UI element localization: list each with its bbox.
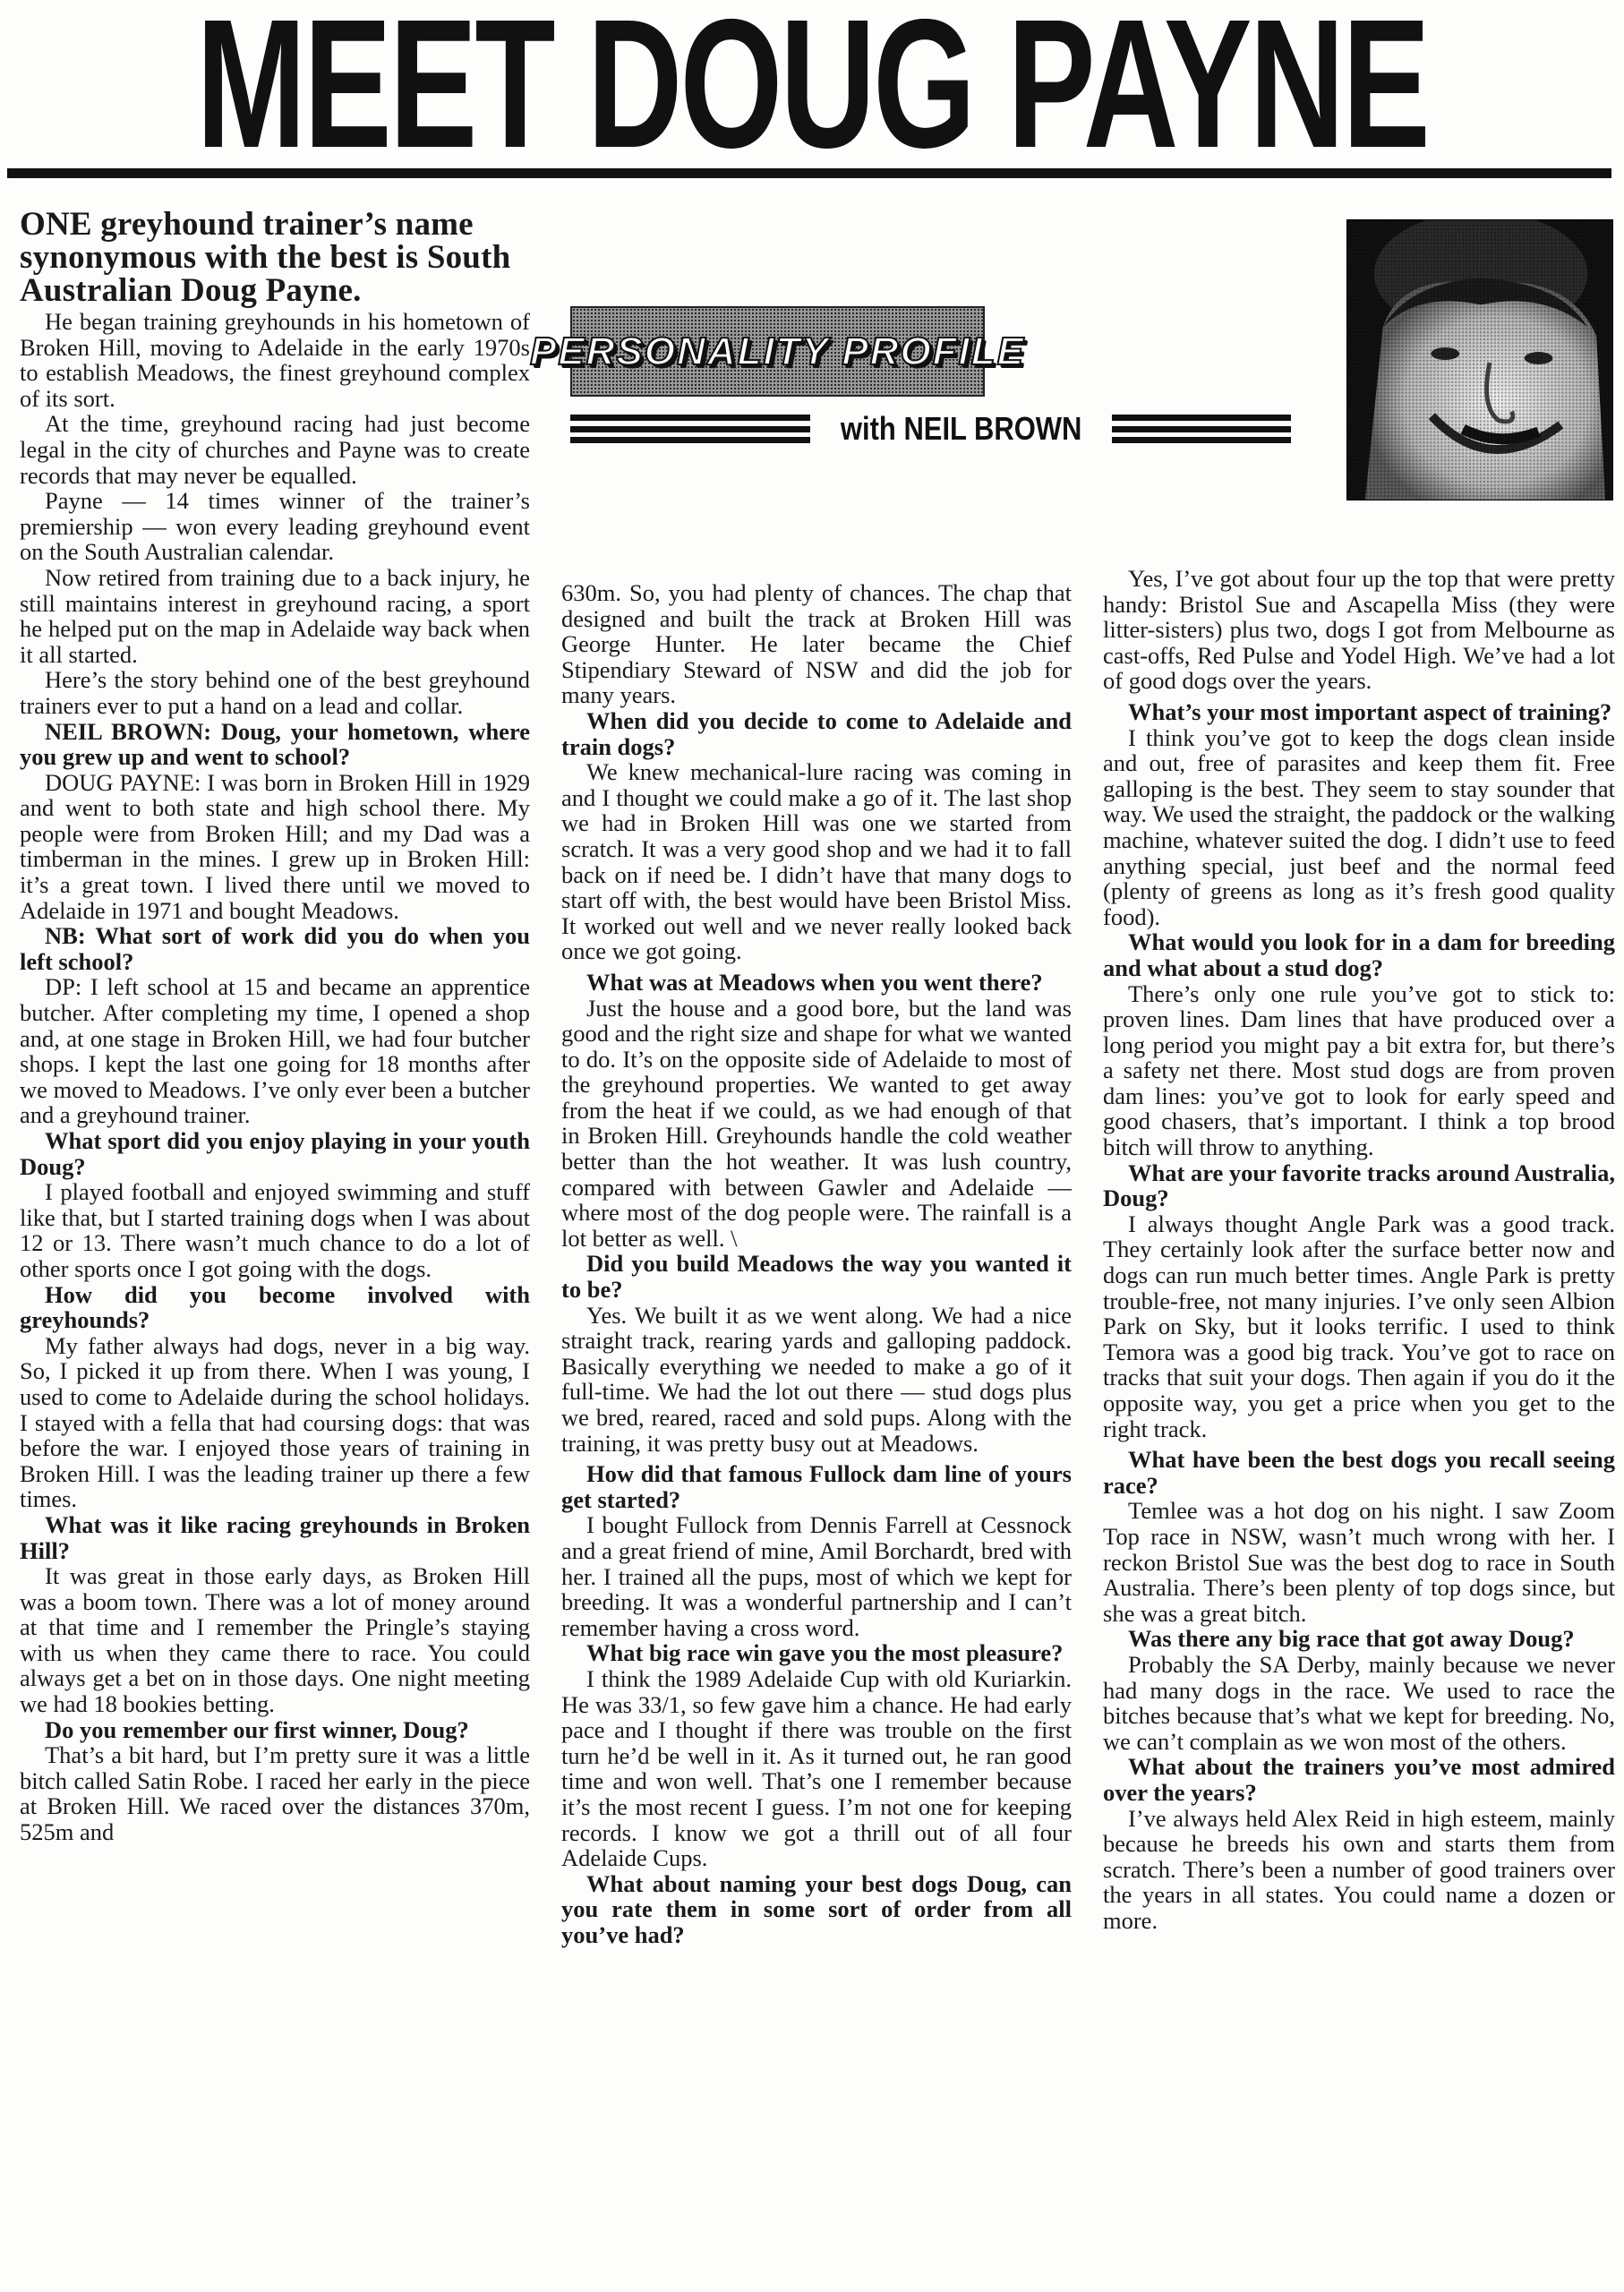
interview-question: NB: What sort of work did you do when yo… <box>20 923 530 974</box>
portrait-image-icon <box>1347 220 1612 500</box>
byline-text: with NEIL BROWN <box>832 410 1091 448</box>
lead-paragraph: ONE greyhound trainer’s name synonymous … <box>20 208 526 307</box>
interview-question: What have been the best dogs you recall … <box>1103 1447 1615 1498</box>
article-column-2: 630m. So, you had plenty of chances. The… <box>561 580 1072 1947</box>
interview-question: What would you look for in a dam for bre… <box>1103 929 1615 980</box>
interview-answer: I played football and enjoyed swimming a… <box>20 1179 530 1281</box>
interview-answer: My father always had dogs, never in a bi… <box>20 1333 530 1512</box>
interview-question: What was it like racing greyhounds in Br… <box>20 1512 530 1563</box>
interview-question: What’s your most important aspect of tra… <box>1103 699 1615 725</box>
interview-answer: We knew mechanical-lure racing was comin… <box>561 759 1072 964</box>
byline: with NEIL BROWN <box>570 410 1358 448</box>
article-column-1: He began training greyhounds in his home… <box>20 309 530 1845</box>
interview-question: What sport did you enjoy playing in your… <box>20 1128 530 1179</box>
paragraph: Now retired from training due to a back … <box>20 565 530 667</box>
interview-question: What big race win gave you the most plea… <box>561 1640 1072 1666</box>
interview-question: How did that famous Fullock dam line of … <box>561 1461 1072 1512</box>
interview-question: Did you build Meadows the way you wanted… <box>561 1251 1072 1302</box>
interview-question: NEIL BROWN: Doug, your hometown, where y… <box>20 719 530 770</box>
interview-answer: That’s a bit hard, but I’m pretty sure i… <box>20 1742 530 1844</box>
interview-answer: I think the 1989 Adelaide Cup with old K… <box>561 1666 1072 1871</box>
interview-question: When did you decide to come to Adelaide … <box>561 708 1072 759</box>
interview-question: How did you become involved with greyhou… <box>20 1282 530 1333</box>
portrait-photo <box>1346 219 1613 500</box>
headline-rule <box>7 168 1611 178</box>
paragraph: At the time, greyhound racing had just b… <box>20 411 530 488</box>
headline: MEET DOUG PAYNE <box>234 5 1390 162</box>
paragraph: Payne — 14 times winner of the trainer’s… <box>20 488 530 565</box>
byline-stripes-right <box>1112 415 1291 443</box>
interview-answer: Temlee was a hot dog on his night. I saw… <box>1103 1498 1615 1626</box>
interview-question: Was there any big race that got away Dou… <box>1103 1626 1615 1652</box>
interview-answer: Just the house and a good bore, but the … <box>561 996 1072 1252</box>
interview-answer: I always thought Angle Park was a good t… <box>1103 1211 1615 1441</box>
interview-answer: DP: I left school at 15 and became an ap… <box>20 974 530 1128</box>
byline-stripes-left <box>570 415 810 443</box>
personality-profile-banner: PERSONALITY PROFILE <box>570 306 985 397</box>
article-column-3: Yes, I’ve got about four up the top that… <box>1103 566 1615 1933</box>
interview-answer: Probably the SA Derby, mainly because we… <box>1103 1652 1615 1754</box>
interview-question: Do you remember our first winner, Doug? <box>20 1717 530 1743</box>
interview-answer: It was great in those early days, as Bro… <box>20 1563 530 1717</box>
interview-answer: Yes. We built it as we went along. We ha… <box>561 1303 1072 1457</box>
interview-answer: Yes, I’ve got about four up the top that… <box>1103 566 1615 694</box>
banner-title: PERSONALITY PROFILE <box>530 329 1025 374</box>
interview-question: What about naming your best dogs Doug, c… <box>561 1871 1072 1948</box>
interview-answer: There’s only one rule you’ve got to stic… <box>1103 981 1615 1160</box>
interview-question: What are your favorite tracks around Aus… <box>1103 1160 1615 1211</box>
interview-question: What was at Meadows when you went there? <box>561 970 1072 996</box>
interview-answer-continued: 630m. So, you had plenty of chances. The… <box>561 580 1072 708</box>
interview-question: What about the trainers you’ve most admi… <box>1103 1754 1615 1805</box>
interview-answer: I bought Fullock from Dennis Farrell at … <box>561 1512 1072 1640</box>
paragraph: Here’s the story behind one of the best … <box>20 667 530 718</box>
interview-answer: I’ve always held Alex Reid in high estee… <box>1103 1806 1615 1934</box>
interview-answer: I think you’ve got to keep the dogs clea… <box>1103 725 1615 930</box>
paragraph: He began training greyhounds in his home… <box>20 309 530 411</box>
interview-answer: DOUG PAYNE: I was born in Broken Hill in… <box>20 770 530 924</box>
